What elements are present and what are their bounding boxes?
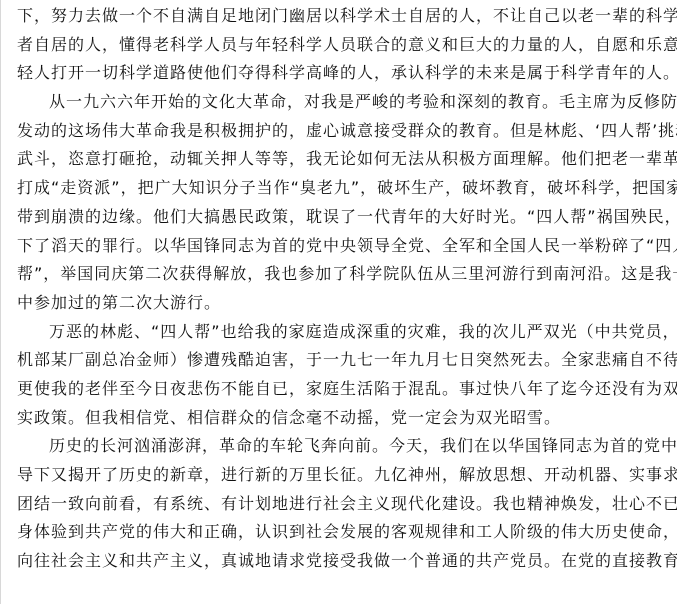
text-line: 导下又揭开了历史的新章，进行新的万里长征。九亿神州，解放思想、开动机器、实事求是… bbox=[17, 461, 677, 490]
text-line: 下，努力去做一个不自满自足地闭门幽居以科学术士自居的人，不让自己以老一辈的科学领… bbox=[17, 2, 677, 31]
document-page: 下，努力去做一个不自满自足地闭门幽居以科学术士自居的人，不让自己以老一辈的科学领… bbox=[0, 0, 677, 604]
text-line: 历史的长河汹涌澎湃，革命的车轮飞奔向前。今天，我们在以华国锋同志为首的党中央领 bbox=[17, 432, 677, 461]
text-line: 轻人打开一切科学道路使他们夺得科学高峰的人，承认科学的未来是属于科学青年的人。 bbox=[17, 59, 677, 88]
text-line: 实政策。但我相信党、相信群众的信念毫不动摇，党一定会为双光昭雪。 bbox=[17, 404, 677, 433]
text-line: 武斗，恣意打砸抢，动辄关押人等等，我无论如何无法从积极方面理解。他们把老一辈革命… bbox=[17, 145, 677, 174]
text-line: 打成“走资派”，把广大知识分子当作“臭老九”，破坏生产，破坏教育，破坏科学，把国… bbox=[17, 174, 677, 203]
text-line: 带到崩溃的边缘。他们大搞愚民政策，耽误了一代青年的大好时光。“四人帮”祸国殃民，… bbox=[17, 203, 677, 232]
paragraph-1: 下，努力去做一个不自满自足地闭门幽居以科学术士自居的人，不让自己以老一辈的科学领… bbox=[17, 2, 677, 88]
text-line: 机部某厂副总冶金师）惨遭残酷迫害，于一九七一年九月七日突然死去。全家悲痛自不待言… bbox=[17, 346, 677, 375]
text-line: 身体验到共产党的伟大和正确，认识到社会发展的客观规律和工人阶级的伟大历史使命，衷… bbox=[17, 518, 677, 547]
paragraph-2: 从一九六六年开始的文化大革命，对我是严峻的考验和深刻的教育。毛主席为反修防修而 … bbox=[17, 88, 677, 318]
text-line: 向往社会主义和共产主义，真诚地请求党接受我做一个普通的共产党员。在党的直接教育下… bbox=[17, 547, 677, 576]
document-body: 下，努力去做一个不自满自足地闭门幽居以科学术士自居的人，不让自己以老一辈的科学领… bbox=[17, 2, 677, 576]
text-line: 发动的这场伟大革命我是积极拥护的，虚心诚意接受群众的教育。但是林彪、‘四人帮’挑… bbox=[17, 117, 677, 146]
paragraph-4: 历史的长河汹涌澎湃，革命的车轮飞奔向前。今天，我们在以华国锋同志为首的党中央领 … bbox=[17, 432, 677, 575]
text-line: 者自居的人，懂得老科学人员与年轻科学人员联合的意义和巨大的力量的人，自愿和乐意给… bbox=[17, 31, 677, 60]
text-line: 万恶的林彪、“四人帮”也给我的家庭造成深重的灾难，我的次儿严双光（中共党员，三 bbox=[17, 318, 677, 347]
paragraph-3: 万恶的林彪、“四人帮”也给我的家庭造成深重的灾难，我的次儿严双光（中共党员，三 … bbox=[17, 318, 677, 433]
text-line: 团结一致向前看，有系统、有计划地进行社会主义现代化建设。我也精神焕发，壮心不已，… bbox=[17, 490, 677, 519]
text-line: 帮”，举国同庆第二次获得解放，我也参加了科学院队伍从三里河游行到南河沿。这是我一… bbox=[17, 260, 677, 289]
text-line: 下了滔天的罪行。以华国锋同志为首的党中央领导全党、全军和全国人民一举粉碎了“四人 bbox=[17, 232, 677, 261]
text-line: 从一九六六年开始的文化大革命，对我是严峻的考验和深刻的教育。毛主席为反修防修而 bbox=[17, 88, 677, 117]
text-line: 中参加过的第二次大游行。 bbox=[17, 289, 677, 318]
text-line: 更使我的老伴至今日夜悲伤不能自已，家庭生活陷于混乱。事过快八年了迄今还没有为双光… bbox=[17, 375, 677, 404]
